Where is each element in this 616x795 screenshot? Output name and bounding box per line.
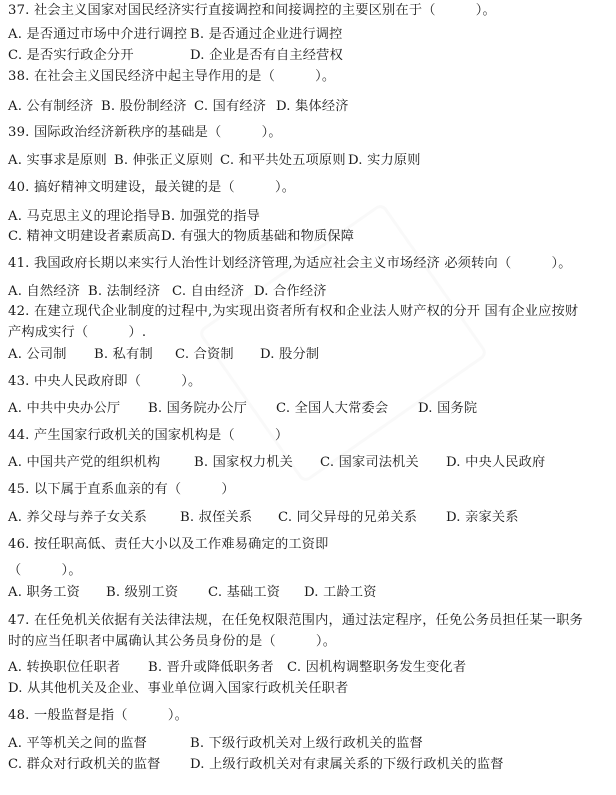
option-c: C. 全国人大常委会 xyxy=(276,400,388,418)
option-c: C. 精神文明建设者素质高 xyxy=(8,228,160,246)
option-c: C. 因机构调整职务发生变化者 xyxy=(287,659,466,677)
option-b: B. 下级行政机关对上级行政机关的监督 xyxy=(190,735,423,753)
option-d: D. 企业是否有自主经营权 xyxy=(190,47,343,65)
question-44: 44. 产生国家行政机关的国家机构是（ ） xyxy=(8,427,288,445)
question-number: 37. xyxy=(8,3,30,18)
option-a: A. 养父母与养子女关系 xyxy=(8,509,147,527)
question-stem: 搞好精神文明建设，最关键的是（ ）。 xyxy=(34,180,295,195)
option-d: D. 合作经济 xyxy=(254,283,327,301)
option-c: C. 同父异母的兄弟关系 xyxy=(278,509,417,527)
question-number: 46. xyxy=(8,537,30,552)
question-number: 38. xyxy=(8,69,30,84)
question-42: 42. 在建立现代企业制度的过程中,为实现出资者所有权和企业法人财产权的分开 国… xyxy=(8,303,578,321)
option-c: C. 国有经济 xyxy=(194,98,266,116)
option-b: B. 级别工资 xyxy=(106,584,178,602)
question-stem: 我国政府长期以来实行人治性计划经济管理,为适应社会主义市场经济 必须转向（ ）。 xyxy=(34,256,572,271)
question-number: 40. xyxy=(8,180,30,195)
option-c: C. 和平共处五项原则 xyxy=(220,152,346,170)
question-stem: 在社会主义国民经济中起主导作用的是（ ）。 xyxy=(34,69,335,84)
option-a: A. 转换职位任职者 xyxy=(8,659,120,677)
question-stem: 国际政治经济新秩序的基础是（ ）。 xyxy=(34,125,282,140)
option-b: B. 叔侄关系 xyxy=(180,509,252,527)
question-number: 44. xyxy=(8,428,30,443)
option-b: B. 晋升或降低职务者 xyxy=(148,659,274,677)
question-41: 41. 我国政府长期以来实行人治性计划经济管理,为适应社会主义市场经济 必须转向… xyxy=(8,255,572,273)
option-c: C. 基础工资 xyxy=(208,584,280,602)
question-stem: 在任免机关依据有关法律法规，在任免权限范围内，通过法定程序，任免公务员担任某一职… xyxy=(34,613,583,628)
option-a: A. 自然经济 xyxy=(8,283,80,301)
question-38: 38. 在社会主义国民经济中起主导作用的是（ ）。 xyxy=(8,68,335,86)
question-37: 37. 社会主义国家对国民经济实行直接调控和间接调控的主要区别在于（ ）。 xyxy=(8,2,496,20)
document-page: 37. 社会主义国家对国民经济实行直接调控和间接调控的主要区别在于（ ）。 A.… xyxy=(0,0,616,795)
question-40: 40. 搞好精神文明建设，最关键的是（ ）。 xyxy=(8,179,295,197)
question-number: 42. xyxy=(8,304,30,319)
question-stem-continuation: 时的应当任职者中属确认其公务员身份的是（ ）。 xyxy=(8,633,336,651)
option-a: A. 马克思主义的理论指导 xyxy=(8,208,160,226)
option-a: A. 是否通过市场中介进行调控 xyxy=(8,26,187,44)
question-number: 45. xyxy=(8,482,30,497)
option-b: B. 国务院办公厅 xyxy=(148,400,247,418)
question-stem: 社会主义国家对国民经济实行直接调控和间接调控的主要区别在于（ ）。 xyxy=(34,3,496,18)
option-b: B. 法制经济 xyxy=(88,283,160,301)
option-a: A. 实事求是原则 xyxy=(8,152,107,170)
option-d: D. 工龄工资 xyxy=(304,584,377,602)
option-a: A. 公有制经济 xyxy=(8,98,93,116)
option-c: C. 自由经济 xyxy=(172,283,244,301)
question-stem: 产生国家行政机关的国家机构是（ ） xyxy=(34,428,288,443)
question-46: 46. 按任职高低、责任大小以及工作难易确定的工资即 xyxy=(8,536,329,554)
option-d: D. 实力原则 xyxy=(348,152,421,170)
option-d: D. 国务院 xyxy=(418,400,477,418)
question-number: 47. xyxy=(8,613,30,628)
question-stem: 以下属于直系血亲的有（ ） xyxy=(34,482,235,497)
option-d: D. 集体经济 xyxy=(276,98,349,116)
option-d: D. 从其他机关及企业、事业单位调入国家行政机关任职者 xyxy=(8,680,348,698)
option-a: A. 平等机关之间的监督 xyxy=(8,735,147,753)
question-stem: 中央人民政府即（ ）。 xyxy=(34,374,201,389)
question-stem-continuation: 产构成实行（ ）. xyxy=(8,324,146,342)
option-a: A. 职务工资 xyxy=(8,584,80,602)
question-number: 41. xyxy=(8,256,30,271)
question-stem: 按任职高低、责任大小以及工作难易确定的工资即 xyxy=(34,537,329,552)
option-d: D. 有强大的物质基础和物质保障 xyxy=(161,228,354,246)
question-47: 47. 在任免机关依据有关法律法规，在任免权限范围内，通过法定程序，任免公务员担… xyxy=(8,612,583,630)
option-b: B. 国家权力机关 xyxy=(194,454,293,472)
option-b: B. 股份制经济 xyxy=(101,98,187,116)
option-c: C. 合资制 xyxy=(175,346,234,364)
question-number: 43. xyxy=(8,374,30,389)
question-43: 43. 中央人民政府即（ ）。 xyxy=(8,373,201,391)
option-c: C. 是否实行政企分开 xyxy=(8,47,134,65)
option-d: D. 上级行政机关对有隶属关系的下级行政机关的监督 xyxy=(190,756,504,774)
option-a: A. 中国共产党的组织机构 xyxy=(8,454,160,472)
option-b: B. 伸张正义原则 xyxy=(114,152,213,170)
question-number: 48. xyxy=(8,708,30,723)
option-b: B. 私有制 xyxy=(94,346,153,364)
question-stem: 在建立现代企业制度的过程中,为实现出资者所有权和企业法人财产权的分开 国有企业应… xyxy=(34,304,578,319)
question-45: 45. 以下属于直系血亲的有（ ） xyxy=(8,481,235,499)
question-48: 48. 一般监督是指（ ）。 xyxy=(8,707,188,725)
option-c: C. 群众对行政机关的监督 xyxy=(8,756,160,774)
option-d: D. 亲家关系 xyxy=(446,509,519,527)
option-b: B. 加强党的指导 xyxy=(161,208,260,226)
question-number: 39. xyxy=(8,125,30,140)
option-b: B. 是否通过企业进行调控 xyxy=(190,26,343,44)
option-d: D. 中央人民政府 xyxy=(446,454,545,472)
option-c: C. 国家司法机关 xyxy=(320,454,419,472)
option-a: A. 中共中央办公厅 xyxy=(8,400,120,418)
question-stem: 一般监督是指（ ）。 xyxy=(34,708,188,723)
option-d: D. 股分制 xyxy=(260,346,319,364)
option-a: A. 公司制 xyxy=(8,346,67,364)
question-stem-continuation: （ ）。 xyxy=(8,562,82,580)
question-39: 39. 国际政治经济新秩序的基础是（ ）。 xyxy=(8,124,282,142)
